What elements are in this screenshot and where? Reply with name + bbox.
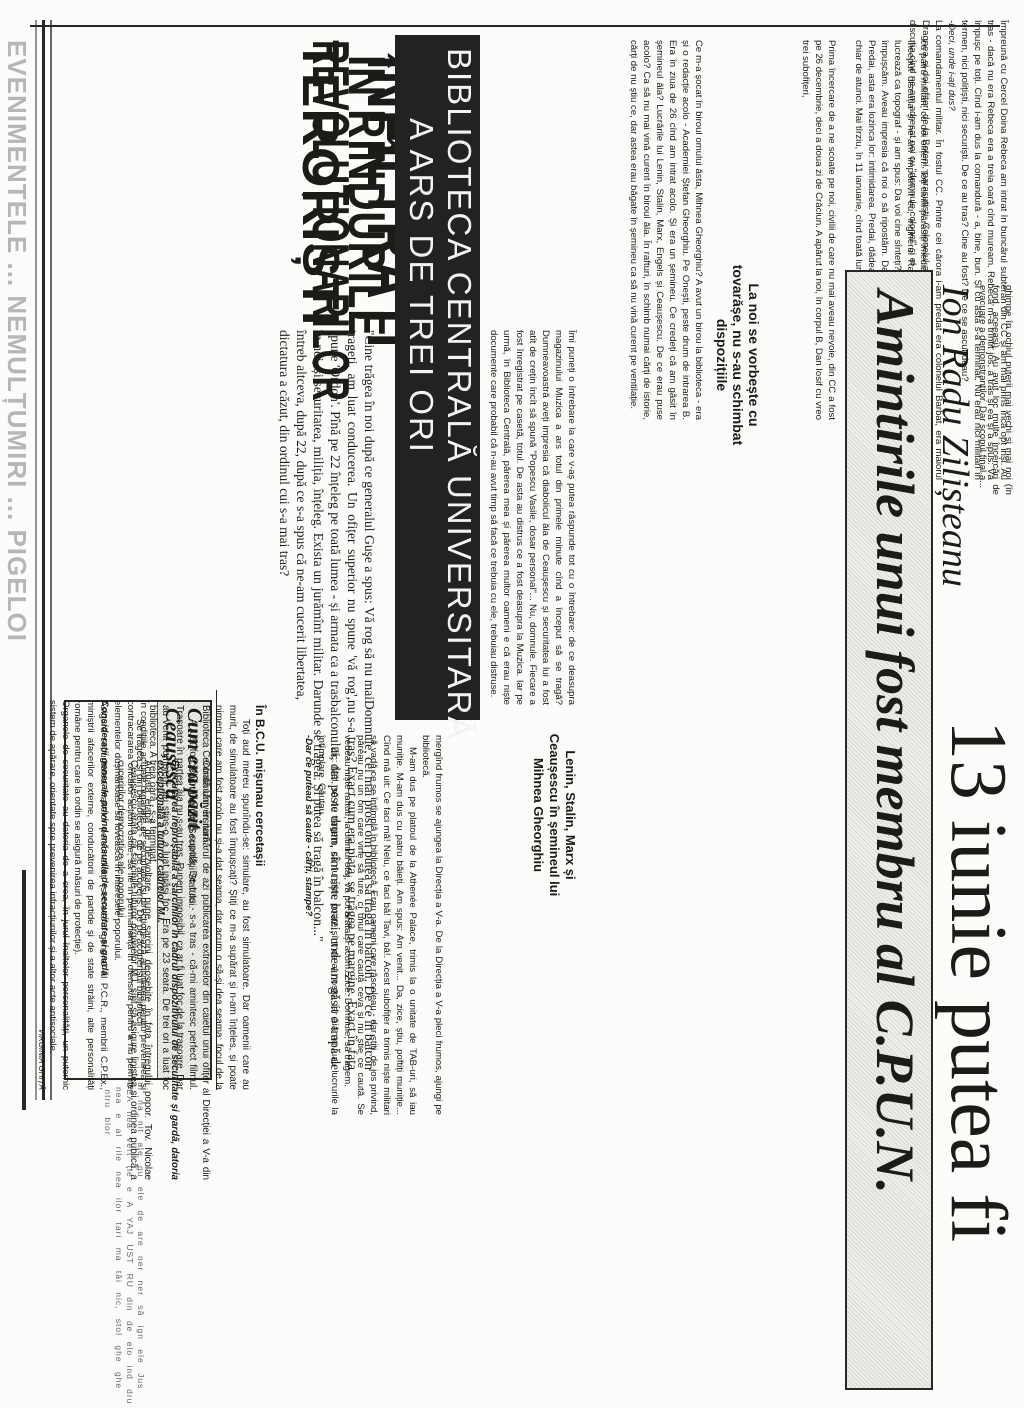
cpun-author: Ion Radu Zilișteanu <box>935 285 975 587</box>
library-para-4: mergînd frumos se ajungea la Direcția a … <box>419 735 445 1115</box>
headline-revolutionarilor: REVOLUȚIONARILOR <box>304 40 356 402</box>
headline-line-4: REVOLUȚIONARILOR <box>301 40 359 402</box>
cpun-headline-text: 13 iunie putea fi <box>934 720 1022 1242</box>
cpun-body: ghimpe în ochiul puterii mai vechi și ma… <box>975 285 1015 495</box>
cpun-banner: Amintirile unui fost membru al C.P.U.N. <box>860 290 930 1194</box>
bcu-para-2: A luat foc, chipurile de la cupolă. De t… <box>146 705 199 1090</box>
cpun-author-text: Ion Radu Zilișteanu <box>934 285 976 587</box>
cpun-headline: 13 iunie putea fi <box>935 720 1020 1242</box>
top-cut-headline: EVENIMENTELE ... NEMULȚUMIRI ... PIGELOI <box>4 40 30 642</box>
top-cut-headline-text: EVENIMENTELE ... NEMULȚUMIRI ... PIGELOI <box>2 40 32 642</box>
library-para-8: Îmi puneți o întrebare la care v-aș pute… <box>487 330 578 705</box>
cpun-banner-text: Amintirile unui fost membru al C.P.U.N. <box>865 290 925 1194</box>
sidebar-column-4: Asigură securitatea înaltelor personalit… <box>70 700 110 1090</box>
newspaper-page: am R, kor ui na nit ale gu ele de are ne… <box>0 0 1024 1408</box>
sidebar-body-4: Organele de securitate au datoria de a c… <box>46 700 72 1090</box>
library-para-7: -Dar ce puteau să caute - cărți, stampe? <box>302 735 315 1115</box>
sidebar-body-3: Asigură securitatea înaltelor personalit… <box>71 700 110 1090</box>
top-frame-rule <box>30 25 1000 27</box>
bcu-subhead: În B.C.U. mișunau cercetașii <box>252 705 268 1090</box>
sidebar-body-2: În condițiile actuale organele de securi… <box>111 700 150 1090</box>
sidebar-column-5: Organele de securitate au datoria de a c… <box>42 700 72 1090</box>
library-para-6: Zic: Măi, să nu tragem, că nu știm, poat… <box>315 735 341 1115</box>
library-para-5: M-am dus pe platoul de la Athenée Palace… <box>341 735 419 1115</box>
library-column-3: Îmi puneți o întrebare la care v-aș pute… <box>458 330 578 705</box>
library-banner-line-2: A ARS DE TREI ORI <box>402 48 440 740</box>
bcu-para-1: Toți aud mereu spunîndu-se: simulare, au… <box>199 705 252 1090</box>
lenin-subhead: Lenin, Stalin, Marx și Ceaușescu în șemi… <box>530 715 578 915</box>
sidebar-signature: VIRGINIA GHIȚĂ <box>37 700 46 1090</box>
left-vertical-rule <box>22 870 26 1110</box>
cpun-body-text: ghimpe în ochiul puterii mai vechi și ma… <box>976 285 1015 495</box>
library-column-2: mergînd frumos se ajungea la Direcția a … <box>325 735 445 1115</box>
lenin-subhead-block: Lenin, Stalin, Marx și Ceaușescu în șemi… <box>458 715 578 915</box>
